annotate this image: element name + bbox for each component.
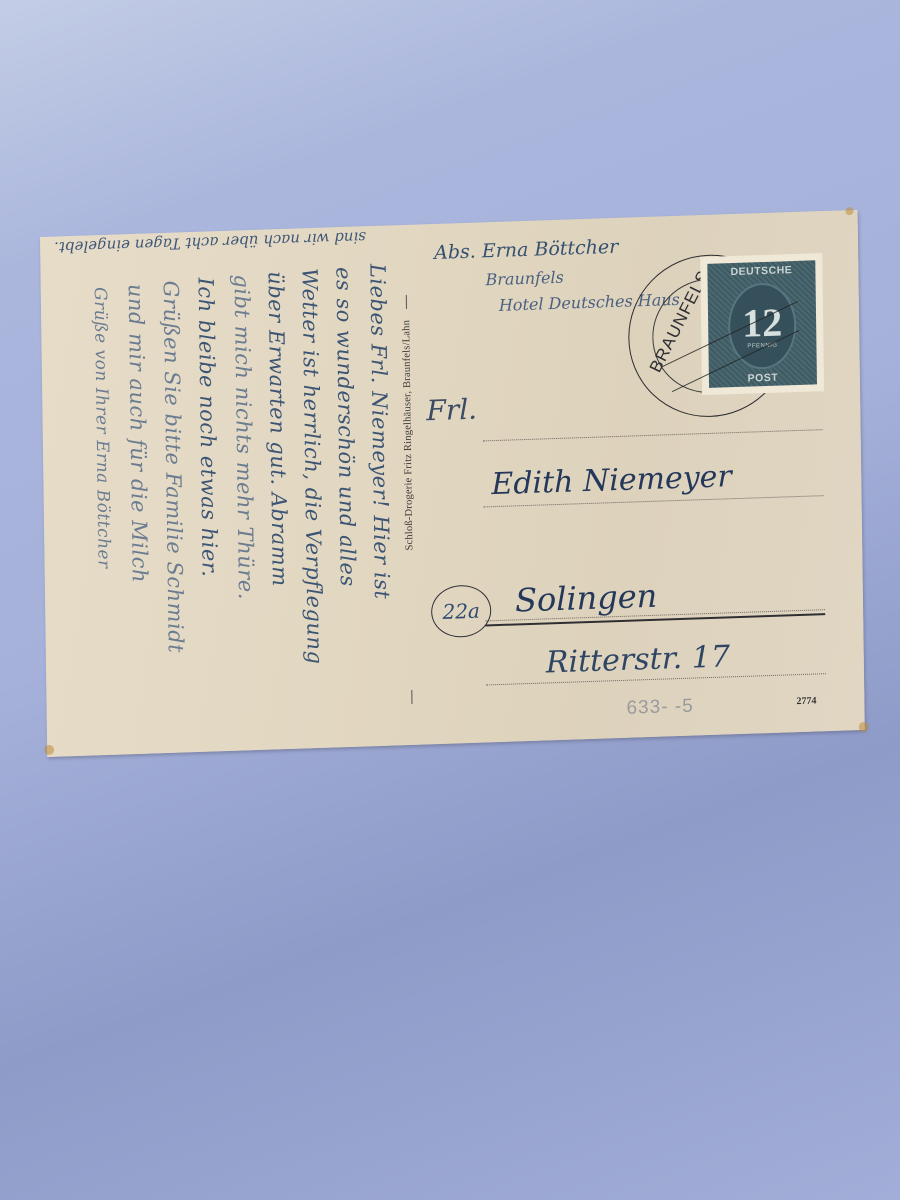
print-number: 2774	[796, 696, 816, 708]
message-top-line: sind wir nach über acht Tagen eingelebt.	[54, 228, 366, 256]
message-line: und mir auch für die Milch	[124, 283, 152, 583]
message-line: gibt mich nichts mehr Thüre.	[230, 274, 259, 600]
corner-stain	[859, 722, 869, 732]
sender-line: Abs. Erna Böttcher	[434, 236, 618, 264]
corner-stain	[44, 745, 54, 755]
stamp-country: DEUTSCHE	[730, 264, 792, 278]
recipient-salutation: Frl.	[426, 393, 477, 428]
pencil-note: 633- -5	[626, 696, 693, 720]
message-line: über Erwarten gut. Abramm	[263, 271, 291, 587]
imprint-dash	[411, 690, 412, 704]
message-line: Grüßen Sie bitte Familie Schmidt	[159, 280, 188, 653]
message-line: Grüße von Ihrer Erna Böttcher	[90, 287, 114, 569]
message-line: Wetter ist herrlich, die Verpflegung	[297, 268, 327, 665]
imprint-dash	[406, 295, 407, 309]
publisher-imprint: Schloß-Drogerie Fritz Ringelhäuser, Brau…	[401, 320, 415, 551]
stamp-value: 12	[742, 302, 783, 343]
address-line	[483, 429, 823, 441]
stamp-value-oval: 12 PFENNIG	[728, 282, 797, 370]
stamp-service: POST	[748, 372, 779, 385]
postage-stamp: DEUTSCHE 12 PFENNIG POST	[700, 253, 824, 395]
recipient-city: Solingen	[515, 577, 658, 620]
message-line: Liebes Frl. Niemeyer! Hier ist	[365, 263, 394, 599]
sender-line: Braunfels	[485, 268, 564, 290]
message-line: Ich bleibe noch etwas hier.	[194, 277, 222, 577]
corner-stain	[846, 207, 854, 215]
recipient-street: Ritterstr. 17	[546, 639, 731, 680]
recipient-name: Edith Niemeyer	[491, 459, 732, 502]
postal-district-circle: 22a	[431, 584, 492, 638]
postcard: sind wir nach über acht Tagen eingelebt.…	[40, 210, 865, 757]
message-line: es so wunderschön und alles	[331, 267, 359, 587]
